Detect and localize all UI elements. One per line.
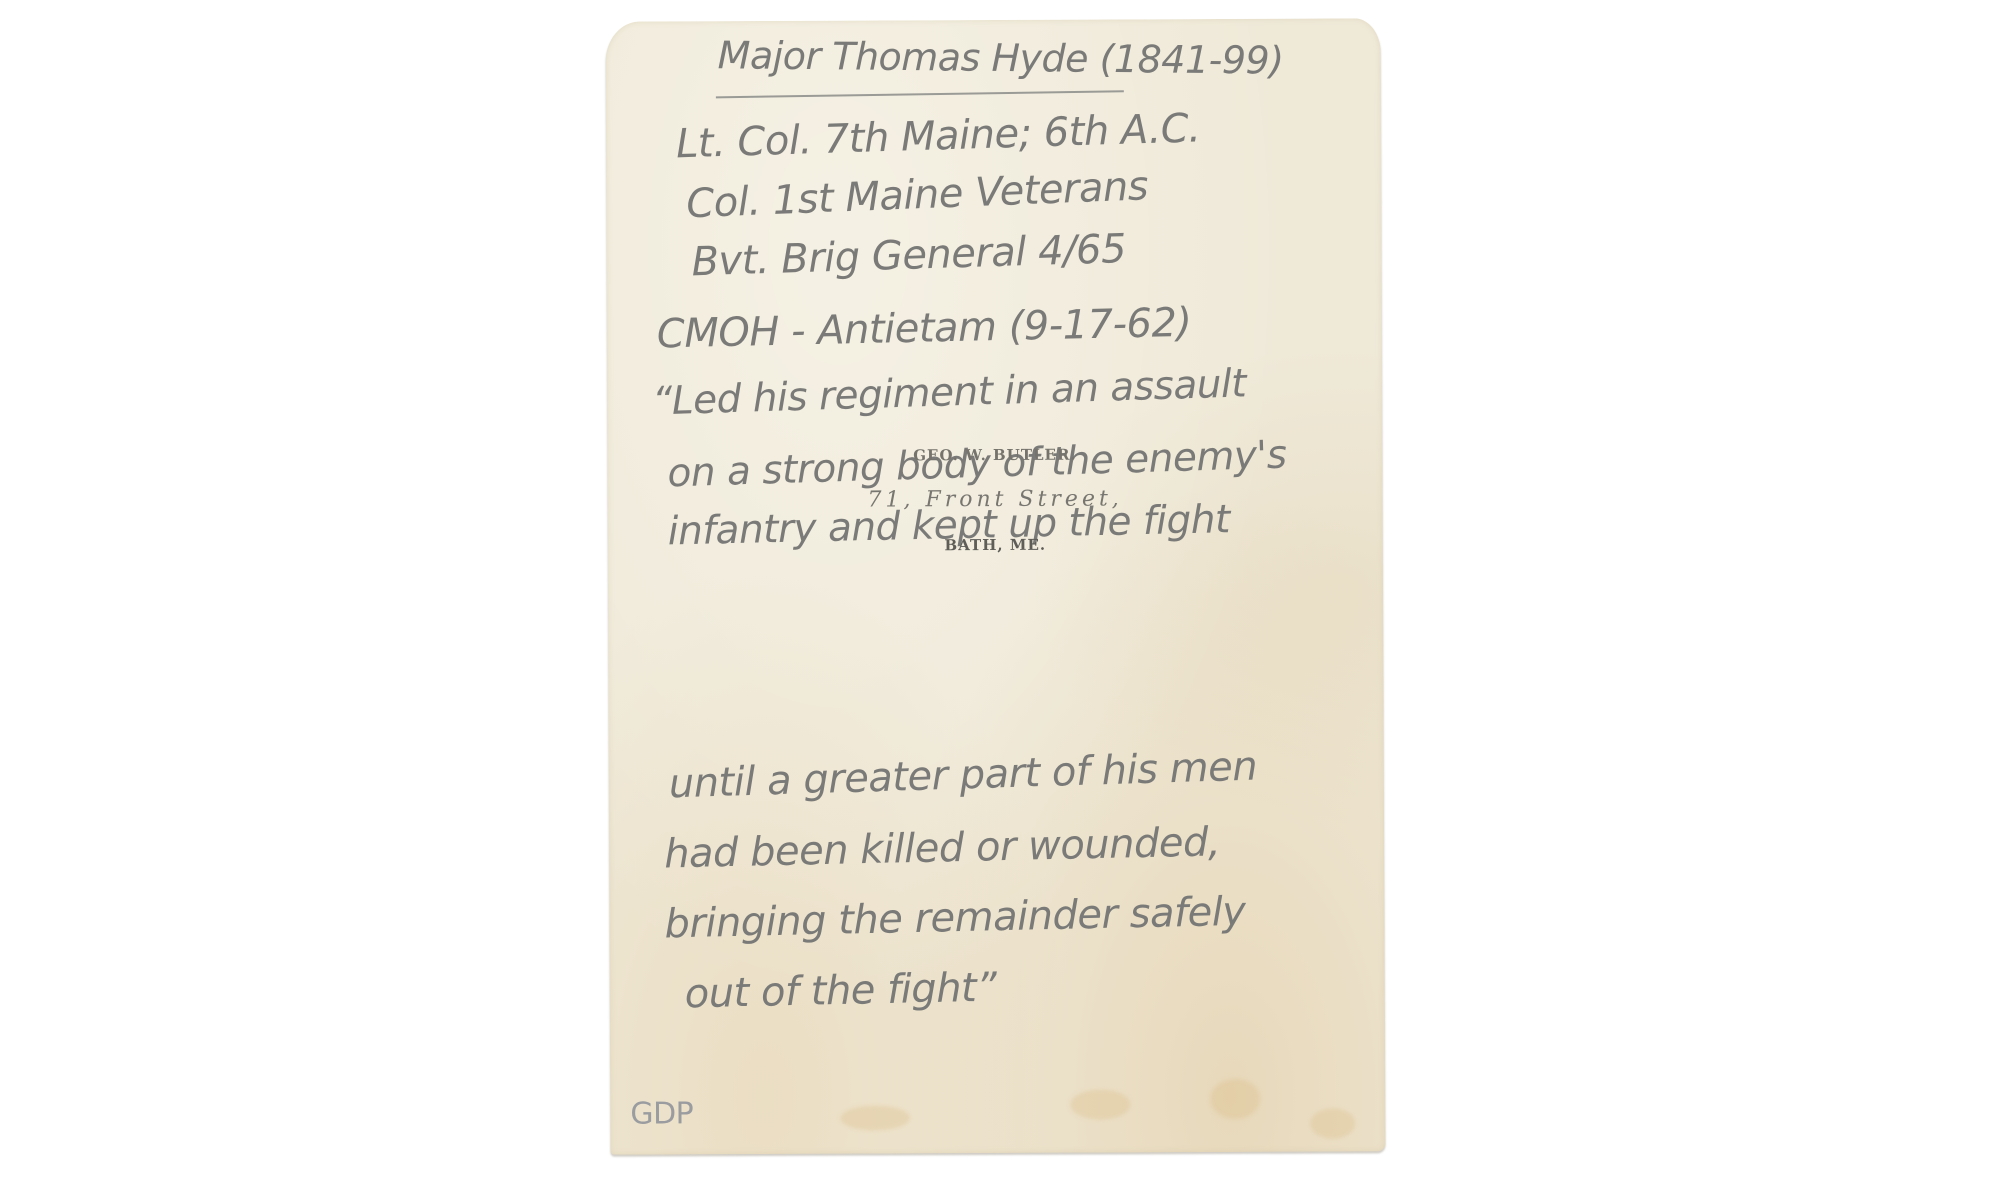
handwritten-line: Col. 1st Maine Veterans	[685, 163, 1148, 227]
cdv-card-back: Major Thomas Hyde (1841-99) Lt. Col. 7th…	[606, 18, 1386, 1154]
photographer-name: GEO. W. BUTLER.	[607, 444, 1382, 465]
handwritten-line: until a greater part of his men	[668, 743, 1258, 807]
foxing-stain	[840, 1105, 910, 1130]
handwritten-line: had been killed or wounded,	[664, 819, 1221, 877]
handwritten-line: Lt. Col. 7th Maine; 6th A.C.	[675, 105, 1201, 167]
photographer-city: BATH, ME.	[608, 534, 1383, 555]
handwritten-line: CMOH - Antietam (9-17-62)	[656, 300, 1192, 358]
title-underline	[716, 90, 1124, 98]
foxing-stain	[1210, 1079, 1260, 1119]
handwritten-line: bringing the remainder safely	[664, 889, 1246, 948]
foxing-stain	[1070, 1089, 1130, 1119]
handwritten-title: Major Thomas Hyde (1841-99)	[717, 33, 1283, 82]
handwritten-line: Bvt. Brig General 4/65	[691, 226, 1127, 285]
handwritten-corner-mark: GDP	[630, 1096, 693, 1131]
handwritten-line: out of the fight”	[684, 965, 997, 1018]
photographer-address: 71, Front Street,	[608, 485, 1383, 513]
foxing-stain	[1310, 1108, 1355, 1138]
photo-stage: Major Thomas Hyde (1841-99) Lt. Col. 7th…	[0, 0, 2000, 1187]
handwritten-line: “Led his regiment in an assault	[652, 361, 1247, 424]
